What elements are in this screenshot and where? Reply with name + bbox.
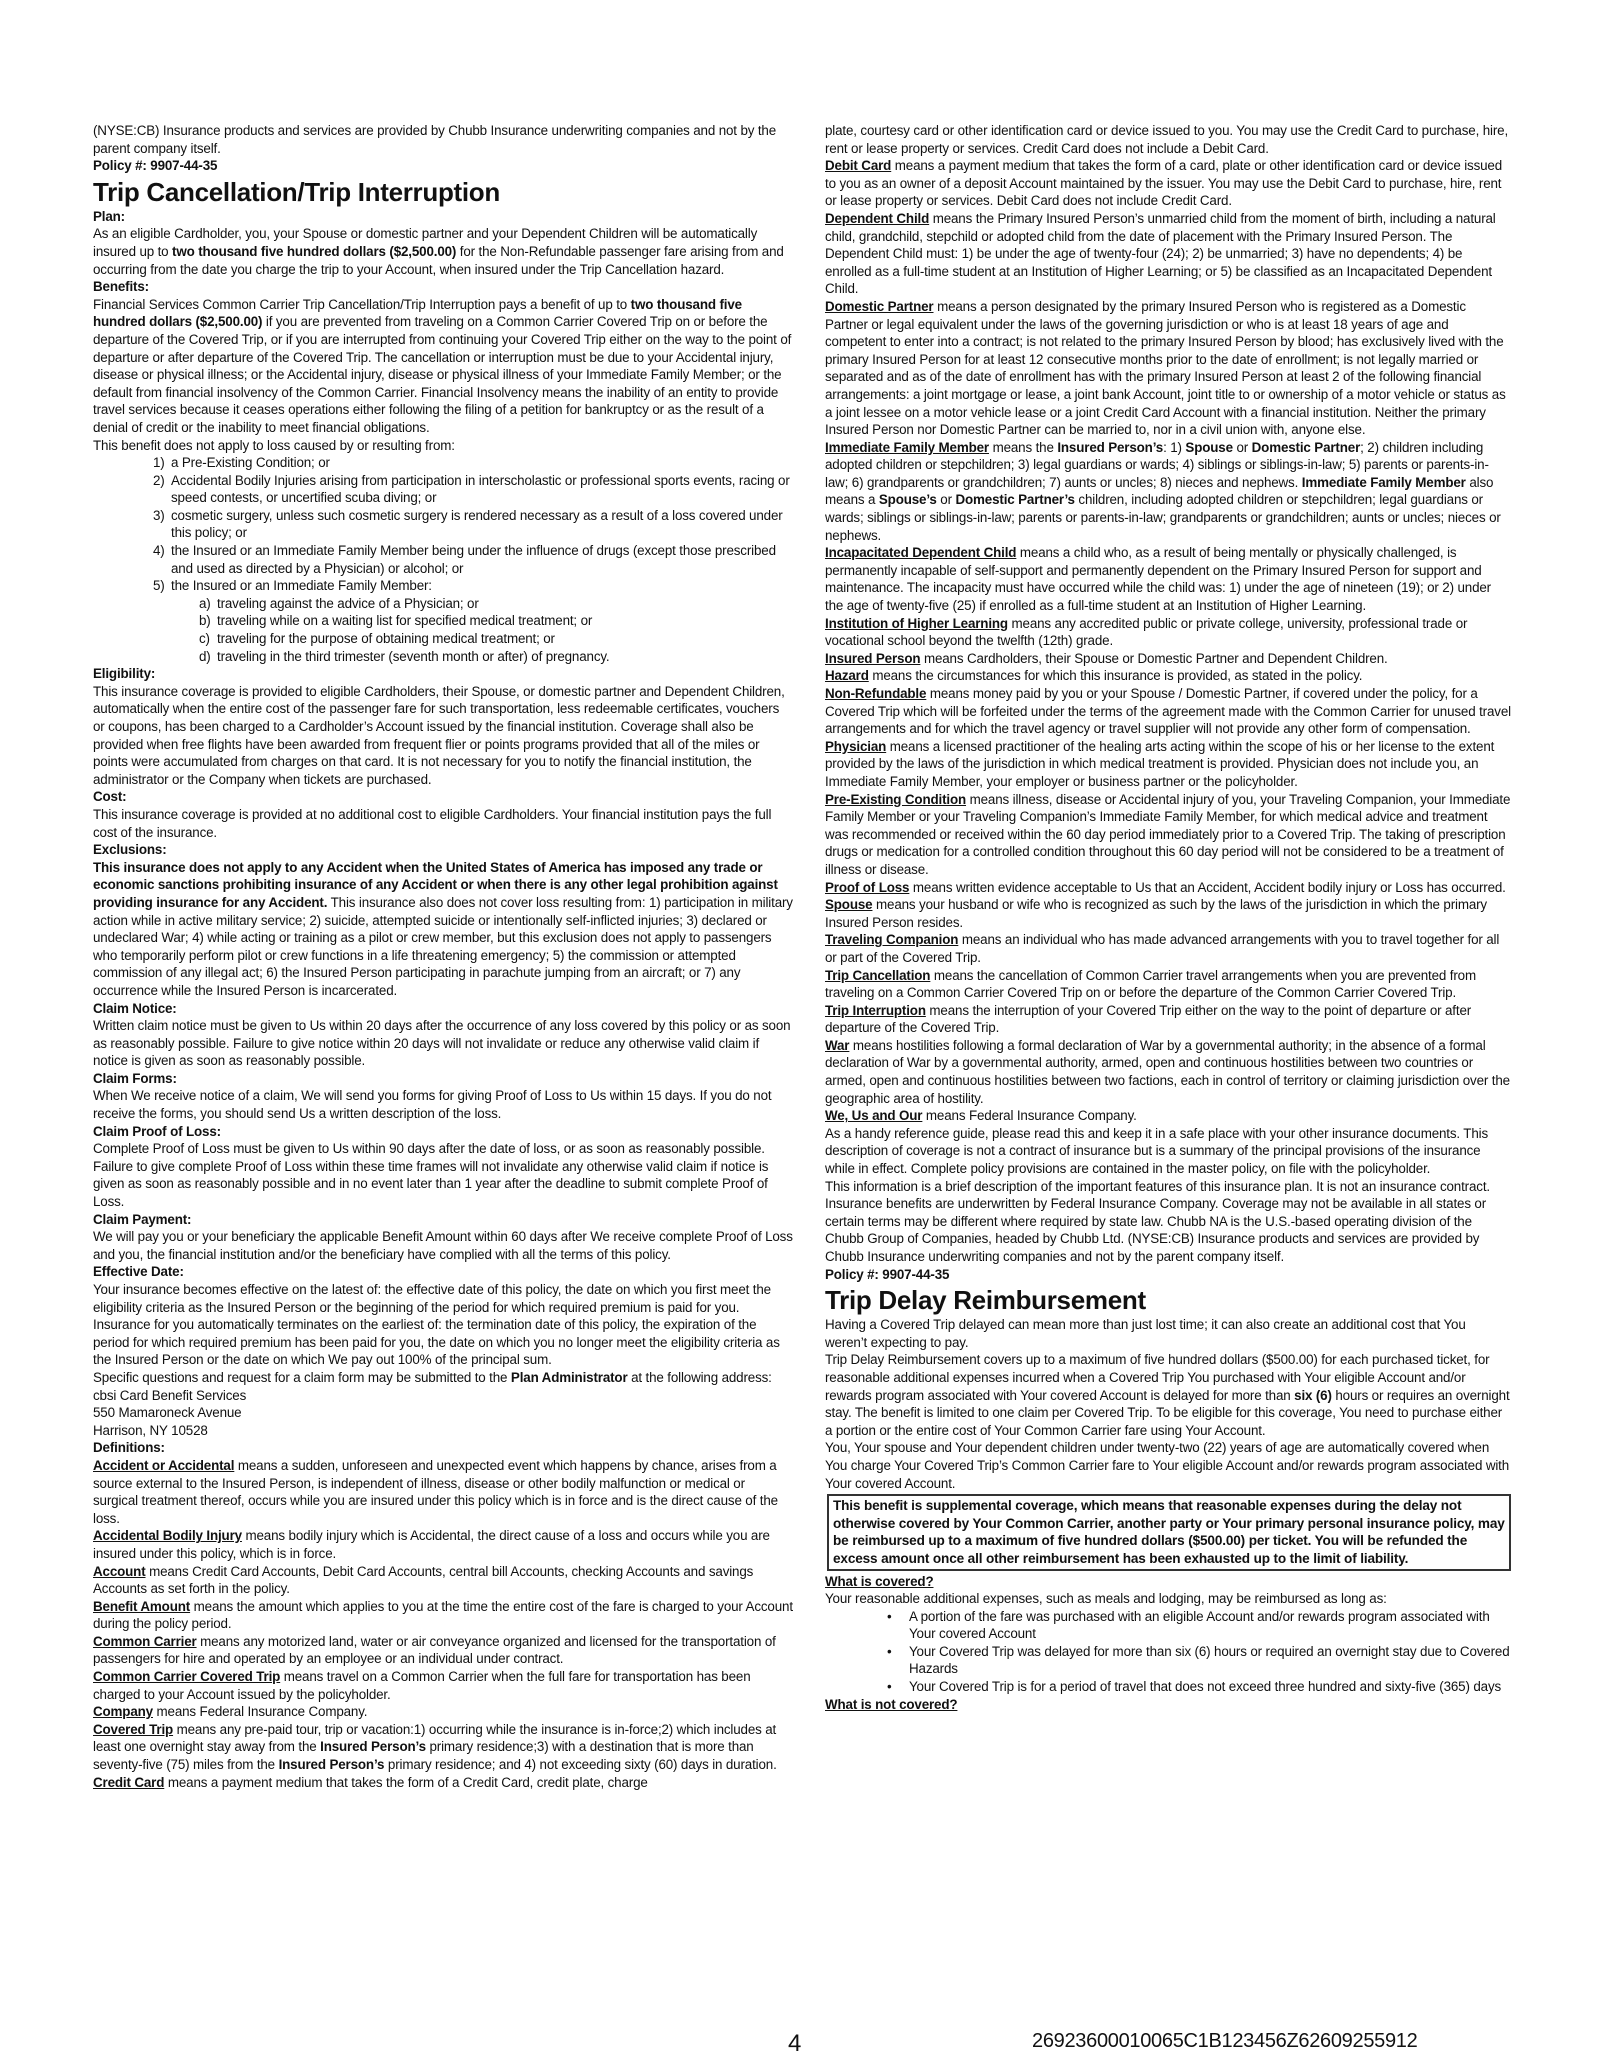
text-run: means a payment medium that takes the fo…	[825, 158, 1502, 208]
what-not-covered-label: What is not covered?	[825, 1696, 1511, 1714]
bold-text: Domestic Partner	[1252, 440, 1361, 455]
defined-term: Proof of Loss	[825, 880, 909, 895]
definition-item: Incapacitated Dependent Child means a ch…	[825, 544, 1511, 614]
effective-date-label: Effective Date:	[93, 1263, 793, 1281]
claim-notice-label: Claim Notice:	[93, 1000, 793, 1018]
definition-item: Hazard means the circumstances for which…	[825, 667, 1511, 685]
intro-text: (NYSE:CB) Insurance products and service…	[93, 122, 793, 157]
defined-term: Traveling Companion	[825, 932, 958, 947]
bold-text: six (6)	[1294, 1388, 1332, 1403]
reference-text: As a handy reference guide, please read …	[825, 1125, 1511, 1178]
list-item: 1)a Pre-Existing Condition; or	[153, 454, 793, 472]
list-item: A portion of the fare was purchased with…	[887, 1608, 1511, 1643]
definition-item: We, Us and Our means Federal Insurance C…	[825, 1107, 1511, 1125]
exclusion-sublist: a)traveling against the advice of a Phys…	[171, 595, 793, 665]
defined-term: Domestic Partner	[825, 299, 934, 314]
definition-item: Proof of Loss means written evidence acc…	[825, 879, 1511, 897]
text-run: means Federal Insurance Company.	[153, 1704, 367, 1719]
definitions-list: Accident or Accidental means a sudden, u…	[93, 1457, 793, 1791]
definitions-list-continued: plate, courtesy card or other identifica…	[825, 122, 1511, 1125]
defined-term: Common Carrier Covered Trip	[93, 1669, 280, 1684]
text-run: if you are prevented from traveling on a…	[93, 314, 791, 435]
bold-text: Domestic Partner’s	[955, 492, 1074, 507]
delay-who: You, Your spouse and Your dependent chil…	[825, 1439, 1511, 1492]
defined-term: Pre-Existing Condition	[825, 792, 966, 807]
defined-term: Credit Card	[93, 1775, 164, 1790]
text-run: means the	[989, 440, 1057, 455]
definitions-label: Definitions:	[93, 1439, 793, 1457]
plan-label: Plan:	[93, 208, 793, 226]
defined-term: Dependent Child	[825, 211, 929, 226]
bold-text: two thousand five hundred dollars ($2,50…	[172, 244, 456, 259]
text-run: primary residence; and 4) not exceeding …	[384, 1757, 776, 1772]
defined-term: Covered Trip	[93, 1722, 173, 1737]
definition-item: Dependent Child means the Primary Insure…	[825, 210, 1511, 298]
definition-item: Accident or Accidental means a sudden, u…	[93, 1457, 793, 1527]
document-code: 26923600010065C1B123456Z62609255912	[1032, 2030, 1417, 2053]
section-title-trip-delay: Trip Delay Reimbursement	[825, 1284, 1511, 1316]
list-item: d)traveling in the third trimester (seve…	[199, 648, 793, 666]
defined-term: Company	[93, 1704, 153, 1719]
claim-proof-text: Complete Proof of Loss must be given to …	[93, 1140, 793, 1210]
list-item: 5)the Insured or an Immediate Family Mem…	[153, 577, 793, 665]
list-item: Your Covered Trip was delayed for more t…	[887, 1643, 1511, 1678]
definition-item: Accidental Bodily Injury means bodily in…	[93, 1527, 793, 1562]
page-number: 4	[788, 2030, 801, 2058]
text-run: means written evidence acceptable to Us …	[909, 880, 1505, 895]
exclusion-list: 1)a Pre-Existing Condition; or 2)Acciden…	[93, 454, 793, 665]
defined-term: Trip Interruption	[825, 1003, 926, 1018]
definition-item: plate, courtesy card or other identifica…	[825, 122, 1511, 157]
text-run: or	[937, 492, 956, 507]
right-column: plate, courtesy card or other identifica…	[825, 122, 1511, 1713]
claim-forms-label: Claim Forms:	[93, 1070, 793, 1088]
defined-term: We, Us and Our	[825, 1108, 922, 1123]
what-covered-label: What is covered?	[825, 1573, 1511, 1591]
defined-term: Debit Card	[825, 158, 891, 173]
definition-item: Trip Interruption means the interruption…	[825, 1002, 1511, 1037]
list-item: 2)Accidental Bodily Injuries arising fro…	[153, 472, 793, 507]
definition-item: Institution of Higher Learning means any…	[825, 615, 1511, 650]
text-run: at the following address:	[628, 1370, 772, 1385]
definition-item: Insured Person means Cardholders, their …	[825, 650, 1511, 668]
text-run: : 1)	[1163, 440, 1185, 455]
exclusions-text: This insurance does not apply to any Acc…	[93, 859, 793, 1000]
text-run: means money paid by you or your Spouse /…	[825, 686, 1511, 736]
defined-term: Physician	[825, 739, 886, 754]
text-run: means Credit Card Accounts, Debit Card A…	[93, 1564, 753, 1597]
text-run: means your husband or wife who is recogn…	[825, 897, 1487, 930]
cost-text: This insurance coverage is provided at n…	[93, 806, 793, 841]
claim-forms-text: When We receive notice of a claim, We wi…	[93, 1087, 793, 1122]
cost-label: Cost:	[93, 788, 793, 806]
definition-item: Benefit Amount means the amount which ap…	[93, 1598, 793, 1633]
list-item: Your Covered Trip is for a period of tra…	[887, 1678, 1511, 1696]
defined-term: Institution of Higher Learning	[825, 616, 1008, 631]
defined-term: Account	[93, 1564, 146, 1579]
definition-item: Domestic Partner means a person designat…	[825, 298, 1511, 439]
text-run: This insurance also does not cover loss …	[93, 895, 793, 998]
effective-date-text: Your insurance becomes effective on the …	[93, 1281, 793, 1369]
address-line: cbsi Card Benefit Services	[93, 1387, 793, 1405]
bold-text: Plan Administrator	[511, 1370, 628, 1385]
definition-item: Non-Refundable means money paid by you o…	[825, 685, 1511, 738]
bold-text: Insured Person’s	[320, 1739, 426, 1754]
exclusion-intro: This benefit does not apply to loss caus…	[93, 437, 793, 455]
definition-item: Common Carrier means any motorized land,…	[93, 1633, 793, 1668]
definition-item: Traveling Companion means an individual …	[825, 931, 1511, 966]
list-item: 3)cosmetic surgery, unless such cosmetic…	[153, 507, 793, 542]
claim-notice-text: Written claim notice must be given to Us…	[93, 1017, 793, 1070]
text-run: means the circumstances for which this i…	[869, 668, 1363, 683]
definition-item: Covered Trip means any pre-paid tour, tr…	[93, 1721, 793, 1774]
defined-term: Accidental Bodily Injury	[93, 1528, 242, 1543]
definition-item: Credit Card means a payment medium that …	[93, 1774, 793, 1792]
list-item: 4)the Insured or an Immediate Family Mem…	[153, 542, 793, 577]
claim-payment-text: We will pay you or your beneficiary the …	[93, 1228, 793, 1263]
policy-number: Policy #: 9907-44-35	[93, 157, 793, 175]
text-run: or	[1233, 440, 1252, 455]
defined-term: Trip Cancellation	[825, 968, 930, 983]
text-run: plate, courtesy card or other identifica…	[825, 123, 1508, 156]
bold-text: Insured Person’s	[1057, 440, 1163, 455]
defined-term: Benefit Amount	[93, 1599, 190, 1614]
text-run: Financial Services Common Carrier Trip C…	[93, 297, 631, 312]
supplemental-coverage-box: This benefit is supplemental coverage, w…	[827, 1494, 1511, 1570]
address-line: 550 Mamaroneck Avenue	[93, 1404, 793, 1422]
plan-text: As an eligible Cardholder, you, your Spo…	[93, 225, 793, 278]
defined-term: Accident or Accidental	[93, 1458, 234, 1473]
text-run: means Federal Insurance Company.	[922, 1108, 1136, 1123]
definition-item: Pre-Existing Condition means illness, di…	[825, 791, 1511, 879]
exclusions-label: Exclusions:	[93, 841, 793, 859]
definition-item: War means hostilities following a formal…	[825, 1037, 1511, 1107]
what-covered-list: A portion of the fare was purchased with…	[825, 1608, 1511, 1696]
bold-text: Insured Person’s	[279, 1757, 385, 1772]
eligibility-text: This insurance coverage is provided to e…	[93, 683, 793, 789]
bold-text: Spouse’s	[879, 492, 937, 507]
definition-item: Spouse means your husband or wife who is…	[825, 896, 1511, 931]
list-item: b)traveling while on a waiting list for …	[199, 612, 793, 630]
definition-item: Account means Credit Card Accounts, Debi…	[93, 1563, 793, 1598]
delay-coverage: Trip Delay Reimbursement covers up to a …	[825, 1351, 1511, 1439]
text-run: Specific questions and request for a cla…	[93, 1370, 511, 1385]
policy-number: Policy #: 9907-44-35	[825, 1266, 1511, 1284]
what-covered-intro: Your reasonable additional expenses, suc…	[825, 1590, 1511, 1608]
questions-text: Specific questions and request for a cla…	[93, 1369, 793, 1387]
defined-term: War	[825, 1038, 849, 1053]
benefits-text: Financial Services Common Carrier Trip C…	[93, 296, 793, 437]
definition-item: Company means Federal Insurance Company.	[93, 1703, 793, 1721]
text-run: means a payment medium that takes the fo…	[164, 1775, 647, 1790]
definition-item: Trip Cancellation means the cancellation…	[825, 967, 1511, 1002]
defined-term: Incapacitated Dependent Child	[825, 545, 1016, 560]
definition-item: Debit Card means a payment medium that t…	[825, 157, 1511, 210]
text-run: means Cardholders, their Spouse or Domes…	[920, 651, 1387, 666]
eligibility-label: Eligibility:	[93, 665, 793, 683]
text-run: means a licensed practitioner of the hea…	[825, 739, 1494, 789]
defined-term: Immediate Family Member	[825, 440, 989, 455]
defined-term: Hazard	[825, 668, 869, 683]
definition-item: Physician means a licensed practitioner …	[825, 738, 1511, 791]
list-item: a)traveling against the advice of a Phys…	[199, 595, 793, 613]
text-run: means hostilities following a formal dec…	[825, 1038, 1510, 1106]
delay-intro: Having a Covered Trip delayed can mean m…	[825, 1316, 1511, 1351]
definition-item: Immediate Family Member means the Insure…	[825, 439, 1511, 545]
defined-term: Insured Person	[825, 651, 920, 666]
address-line: Harrison, NY 10528	[93, 1422, 793, 1440]
claim-proof-label: Claim Proof of Loss:	[93, 1123, 793, 1141]
text-run: means the amount which applies to you at…	[93, 1599, 793, 1632]
defined-term: Common Carrier	[93, 1634, 197, 1649]
bold-text: Spouse	[1185, 440, 1232, 455]
section-title-trip-cancellation: Trip Cancellation/Trip Interruption	[93, 176, 793, 208]
text-run: means a person designated by the primary…	[825, 299, 1506, 437]
defined-term: Non-Refundable	[825, 686, 926, 701]
left-column: (NYSE:CB) Insurance products and service…	[93, 122, 793, 1791]
disclaimer-text: This information is a brief description …	[825, 1178, 1511, 1266]
benefits-label: Benefits:	[93, 278, 793, 296]
list-item: c)traveling for the purpose of obtaining…	[199, 630, 793, 648]
definition-item: Common Carrier Covered Trip means travel…	[93, 1668, 793, 1703]
defined-term: Spouse	[825, 897, 872, 912]
bold-text: Immediate Family Member	[1302, 475, 1466, 490]
claim-payment-label: Claim Payment:	[93, 1211, 793, 1229]
